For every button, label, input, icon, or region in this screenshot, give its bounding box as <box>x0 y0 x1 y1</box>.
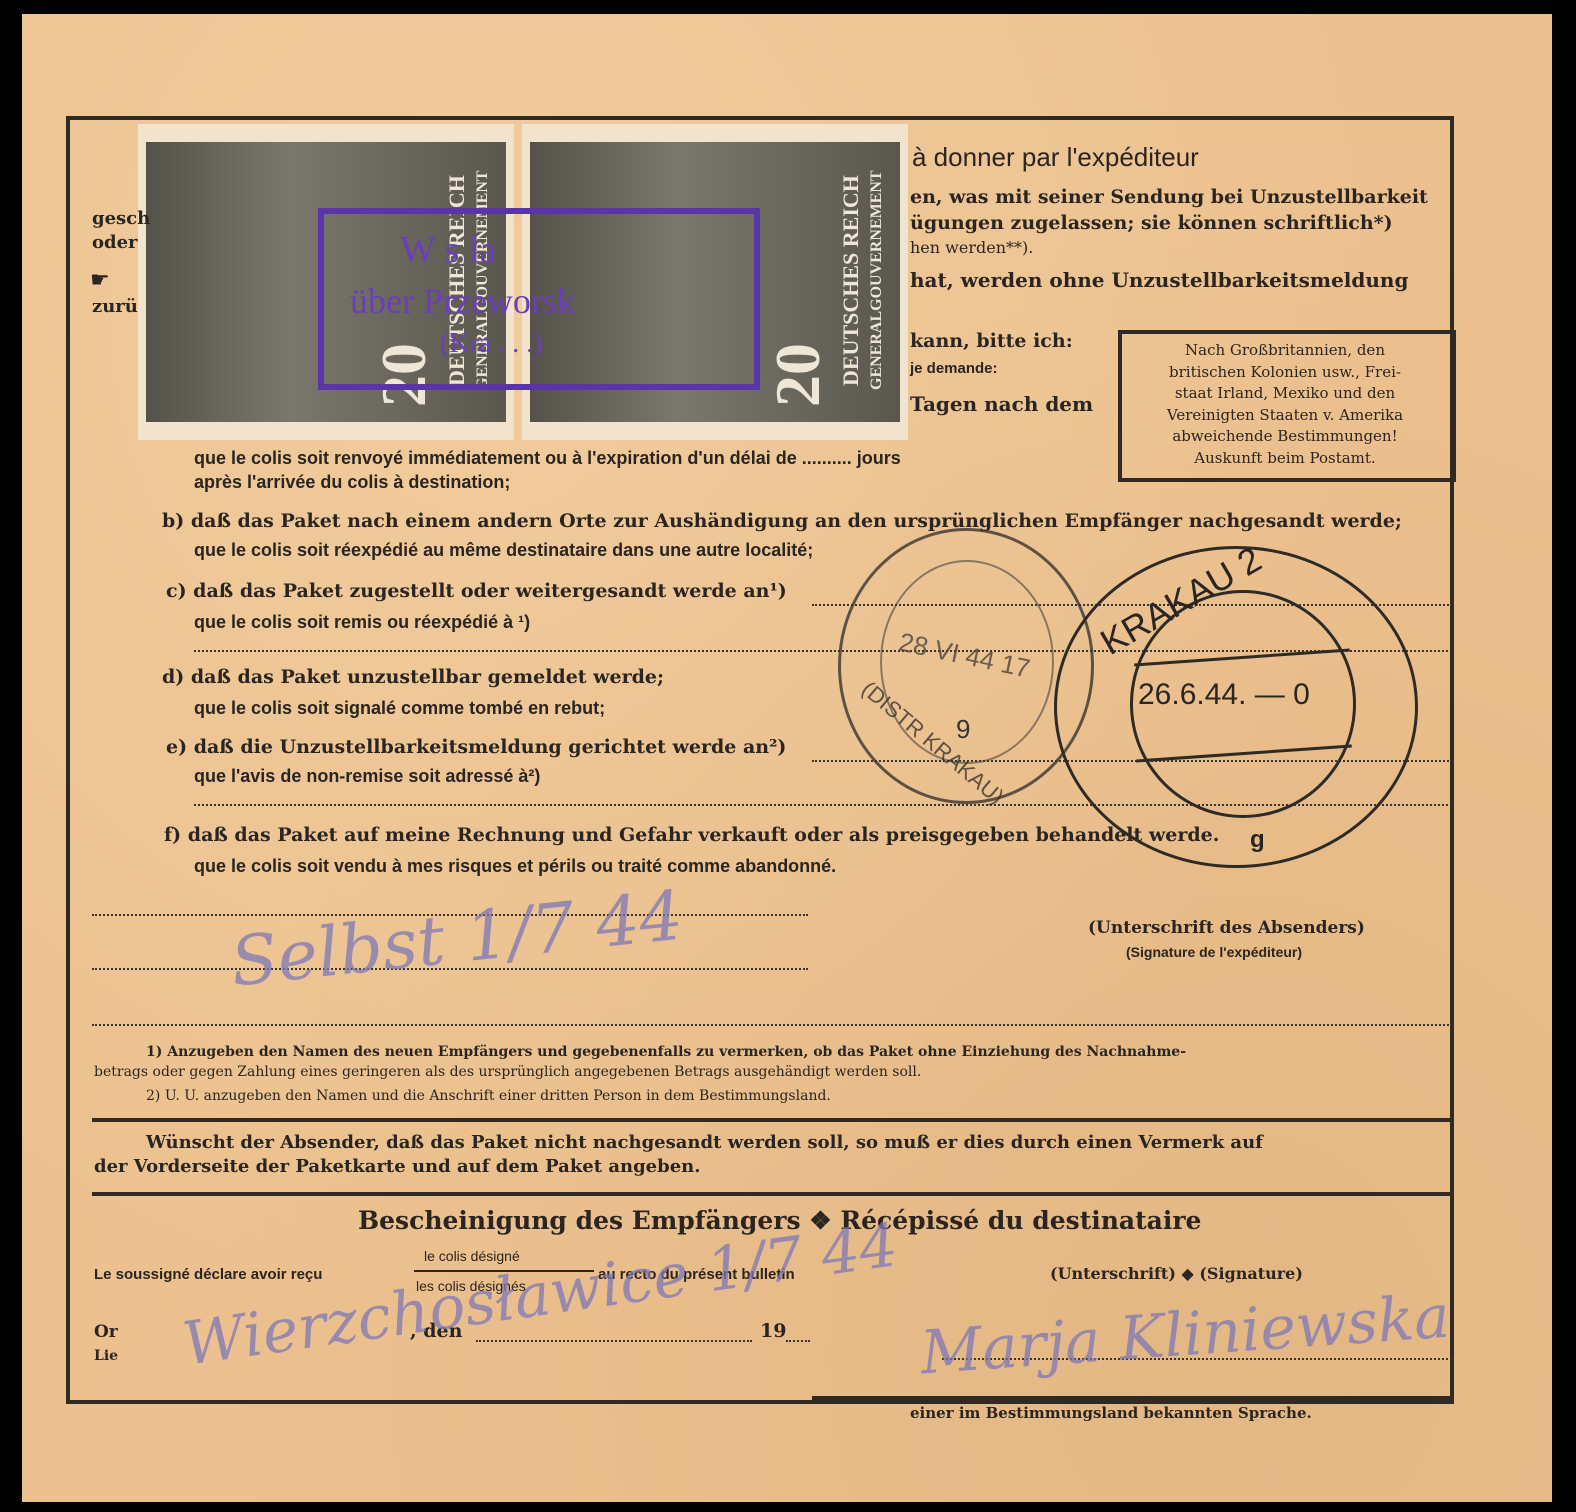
recipient-signature-label: (Unterschrift) ◆ (Signature) <box>1050 1264 1303 1283</box>
stamp-country: DEUTSCHES REICHGENERALGOUVERNEMENT <box>838 148 898 413</box>
left-fragment: zurü <box>92 296 138 317</box>
sender-signature-label-fr: (Signature de l'expéditeur) <box>1126 944 1302 960</box>
option-f-fr: que le colis soit vendu à mes risques et… <box>194 856 836 877</box>
option-b-de: b) daß das Paket nach einem andern Orte … <box>162 510 1402 532</box>
header-line: en, was mit seiner Sendung bei Unzustell… <box>910 186 1428 208</box>
pointing-hand-icon: ☛ <box>90 268 110 293</box>
option-c-de: c) daß das Paket zugestellt oder weiterg… <box>166 580 787 602</box>
footnote-1a: 1) Anzugeben den Namen des neuen Empfäng… <box>146 1044 1186 1060</box>
left-fragment: gesch <box>92 208 150 229</box>
option-e-de: e) daß die Unzustellbarkeitsmeldung geri… <box>166 736 786 758</box>
footnote-1b: betrags oder gegen Zahlung eines geringe… <box>94 1064 921 1080</box>
header-line: hen werden**). <box>910 238 1033 257</box>
option-a-fr: que le colis soit renvoyé immédiatement … <box>194 448 901 469</box>
sender-signature-label-de: (Unterschrift des Absenders) <box>1088 918 1365 938</box>
footnote-2: 2) U. U. anzugeben den Namen und die Ans… <box>146 1088 831 1104</box>
option-a-fr2: après l'arrivée du colis à destination; <box>194 472 510 493</box>
year-line <box>786 1340 810 1342</box>
date-19: 19 <box>760 1320 786 1342</box>
postmark-krakau-date: 26.6.44. — 0 <box>1138 678 1310 712</box>
info-box-text: Nach Großbritannien, den britischen Kolo… <box>1126 340 1444 469</box>
header-line: hat, werden ohne Unzustellbarkeitsmeldun… <box>910 268 1408 292</box>
place-label-2: Lie <box>94 1348 118 1364</box>
option-b-fr: que le colis soit réexpédié au même dest… <box>194 540 813 561</box>
cachet-line-1: W s la <box>400 228 496 272</box>
option-d-fr: que le colis soit signalé comme tombé en… <box>194 698 605 719</box>
days-de: Tagen nach dem <box>910 392 1093 416</box>
place-label: Or <box>94 1322 118 1342</box>
cachet-line-2: über Przeworsk <box>350 280 575 322</box>
receipt-line: Le soussigné déclare avoir reçu <box>94 1266 322 1283</box>
postmark-przeworsk-code: 9 <box>956 714 970 745</box>
option-e-fr: que l'avis de non-remise soit adressé à²… <box>194 766 540 787</box>
option-d-de: d) daß das Paket unzustellbar gemeldet w… <box>162 666 664 688</box>
notice-line-2: der Vorderseite der Paketkarte und auf d… <box>94 1156 701 1177</box>
option-c-fr: que le colis soit remis ou réexpédié à ¹… <box>194 612 530 633</box>
stamp-value: 20 <box>761 343 835 407</box>
cachet-line-3: (Kra . . .) <box>440 328 543 360</box>
sender-line-3 <box>92 1024 1452 1026</box>
divider <box>812 1396 1454 1400</box>
bottom-line: einer im Bestimmungsland bekannten Sprac… <box>910 1404 1312 1422</box>
request-fr: je demande: <box>910 360 998 377</box>
header-fr: à donner par l'expéditeur <box>912 142 1199 173</box>
request-de: kann, bitte ich: <box>910 330 1073 352</box>
divider <box>92 1192 1454 1196</box>
divider <box>92 1118 1454 1122</box>
receipt-frac-top: le colis désigné <box>424 1248 520 1264</box>
notice-line-1: Wünscht der Absender, daß das Paket nich… <box>146 1132 1263 1153</box>
postmark-krakau-code: g <box>1250 826 1265 854</box>
header-line: ügungen zugelassen; sie können schriftli… <box>910 212 1393 234</box>
date-line <box>476 1340 752 1342</box>
option-f-de: f) daß das Paket auf meine Rechnung und … <box>164 824 1219 846</box>
left-fragment: oder <box>92 232 138 253</box>
